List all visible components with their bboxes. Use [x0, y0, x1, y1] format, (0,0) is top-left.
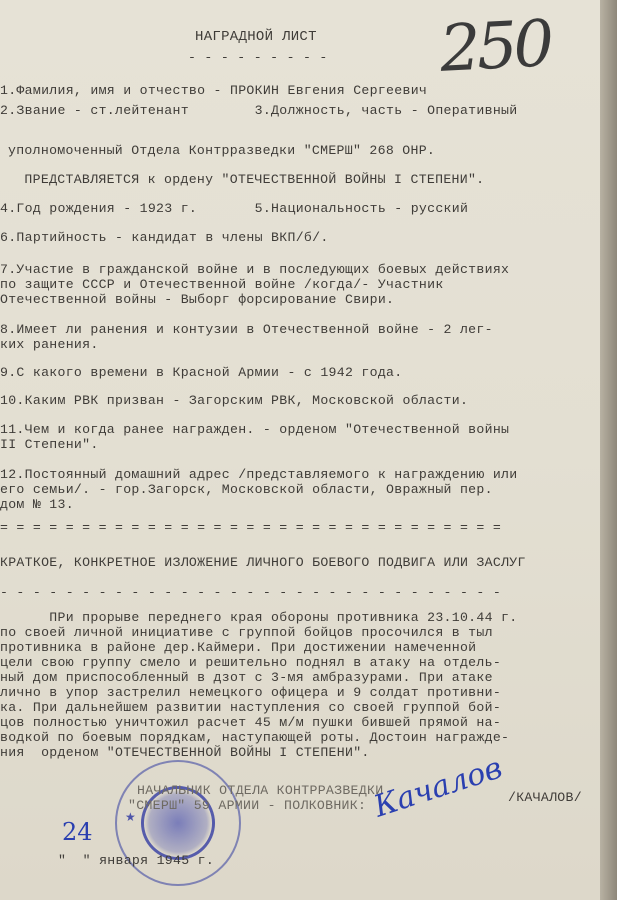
narrative-line: противника в районе дер.Каймери. При дос…	[0, 640, 476, 655]
handwritten-signature: Качалов	[370, 750, 507, 824]
narrative-line: лично в упор застрелил немецкого офицера…	[0, 685, 501, 700]
narrative-line: водкой по боевым порядкам, наступающей р…	[0, 730, 509, 745]
narrative-line: ный дом приспособленный в дзот с 3-мя ам…	[0, 670, 493, 685]
narrative-line: цов полностью уничтожил расчет 45 м/м пу…	[0, 715, 501, 730]
section-heading: КРАТКОЕ, КОНКРЕТНОЕ ИЗЛОЖЕНИЕ ЛИЧНОГО БО…	[0, 555, 526, 570]
signature-title-line2: "СМЕРШ" 59 АРМИИ - ПОЛКОВНИК:	[128, 798, 366, 813]
field-line: 1.Фамилия, имя и отчество - ПРОКИН Евген…	[0, 83, 427, 98]
field-line: Отечественной войны - Выборг форсировани…	[0, 292, 394, 307]
narrative-line: цели свою группу смело и решительно подн…	[0, 655, 501, 670]
title-underline: - - - - - - - - -	[188, 50, 328, 65]
document-title: НАГРАДНОЙ ЛИСТ	[195, 30, 317, 45]
field-line: дом № 13.	[0, 497, 74, 512]
field-line: 7.Участие в гражданской войне и в послед…	[0, 262, 509, 277]
handwritten-day: 24	[62, 818, 93, 846]
field-line: по защите СССР и Отечественной войне /ко…	[0, 277, 444, 292]
narrative-line: ПРи прорыве переднего края обороны проти…	[0, 610, 517, 625]
narrative-line: ния орденом "ОТЕЧЕСТВЕННОЙ ВОЙНЫ I СТЕПЕ…	[0, 745, 370, 760]
field-line: 9.С какого времени в Красной Армии - с 1…	[0, 365, 402, 380]
field-line: 10.Каким РВК призван - Загорским РВК, Мо…	[0, 393, 468, 408]
field-line: уполномоченный Отдела Контрразведки "СМЕ…	[8, 143, 435, 158]
handwritten-number: 250	[438, 7, 552, 87]
page-edge	[600, 0, 617, 900]
field-line: II Степени".	[0, 437, 99, 452]
date-line: " " января 1945 г.	[58, 853, 214, 868]
dash-separator: - - - - - - - - - - - - - - - - - - - - …	[0, 585, 501, 600]
field-line: ких ранения.	[0, 337, 99, 352]
award-sheet-page: НАГРАДНОЙ ЛИСТ - - - - - - - - - 250 1.Ф…	[0, 0, 600, 900]
field-line: 12.Постоянный домашний адрес /представля…	[0, 467, 517, 482]
field-line: 11.Чем и когда ранее награжден. - ордено…	[0, 422, 509, 437]
field-line: ПРЕДСТАВЛЯЕТСЯ к ордену "ОТЕЧЕСТВЕННОЙ В…	[8, 172, 484, 187]
field-line: 2.Звание - ст.лейтенант 3.Должность, час…	[0, 103, 517, 118]
signatory-name: /КАЧАЛОВ/	[508, 790, 582, 805]
narrative-line: по своей личной инициативе с группой бой…	[0, 625, 493, 640]
double-separator: = = = = = = = = = = = = = = = = = = = = …	[0, 520, 501, 535]
narrative-line: ка. При дальнейшем развитии наступления …	[0, 700, 501, 715]
field-line: 6.Партийность - кандидат в члены ВКП/б/.	[0, 230, 329, 245]
field-line: его семьи/. - гор.Загорск, Московской об…	[0, 482, 493, 497]
field-line: 4.Год рождения - 1923 г. 5.Национальност…	[0, 201, 468, 216]
field-line: 8.Имеет ли ранения и контузии в Отечеств…	[0, 322, 493, 337]
signature-title-line1: НАЧАЛЬНИК ОТДЕЛА КОНТРРАЗВЕДКИ	[137, 783, 383, 798]
